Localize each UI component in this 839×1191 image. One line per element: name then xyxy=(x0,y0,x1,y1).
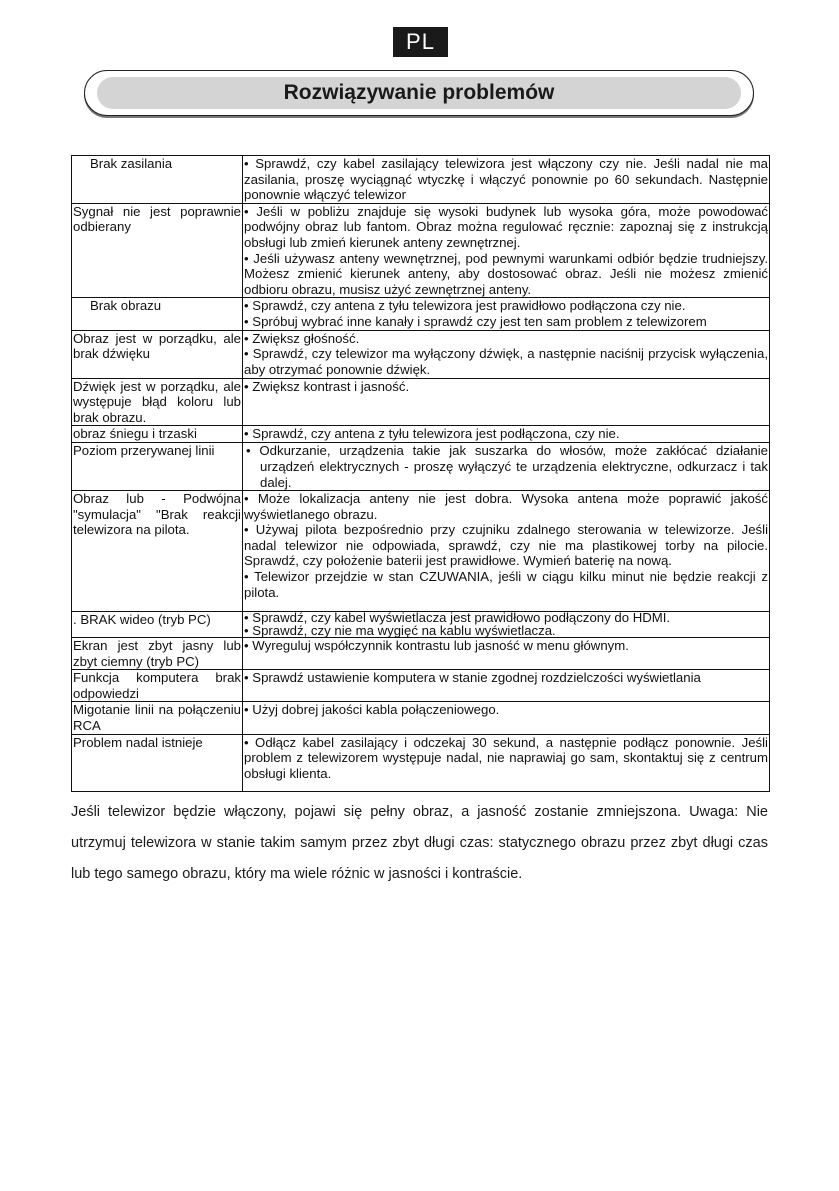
solution-item: • Sprawdź, czy telewizor ma wyłączony dź… xyxy=(244,346,768,377)
table-row: Poziom przerywanej linii • Odkurzanie, u… xyxy=(72,443,770,491)
table-row: Sygnał nie jest poprawnie odbierany • Je… xyxy=(72,203,770,298)
solution-item: • Sprawdź, czy kabel zasilający telewizo… xyxy=(244,156,768,203)
troubleshooting-table: Brak zasilania • Sprawdź, czy kabel zasi… xyxy=(71,155,770,792)
problem-cell: Ekran jest zbyt jasny lub zbyt ciemny (t… xyxy=(72,638,243,670)
solution-item: • Jeśli w pobliżu znajduje się wysoki bu… xyxy=(244,204,768,251)
solution-cell: • Sprawdź, czy antena z tyłu telewizora … xyxy=(243,426,770,443)
table-row: Dźwięk jest w porządku, ale występuje bł… xyxy=(72,378,770,426)
solution-item: • Zwiększ kontrast i jasność. xyxy=(244,379,768,395)
solution-cell: • Sprawdź, czy kabel wyświetlacza jest p… xyxy=(243,612,770,638)
solution-cell: • Wyreguluj współczynnik kontrastu lub j… xyxy=(243,638,770,670)
solution-item: • Używaj pilota bezpośrednio przy czujni… xyxy=(244,522,768,569)
table-row: Obraz lub - Podwójna "symulacja" "Brak r… xyxy=(72,491,770,612)
table-row: Brak zasilania • Sprawdź, czy kabel zasi… xyxy=(72,156,770,204)
solution-item: • Sprawdź ustawienie komputera w stanie … xyxy=(244,670,768,686)
solution-cell: • Sprawdź, czy antena z tyłu telewizora … xyxy=(243,298,770,330)
table-row: Ekran jest zbyt jasny lub zbyt ciemny (t… xyxy=(72,638,770,670)
problem-cell: Problem nadal istnieje xyxy=(72,734,243,791)
problem-cell: Brak zasilania xyxy=(72,156,243,204)
problem-cell: . BRAK wideo (tryb PC) xyxy=(72,612,243,638)
solution-item: • Odkurzanie, urządzenia takie jak susza… xyxy=(244,443,768,490)
table-row: . BRAK wideo (tryb PC) • Sprawdź, czy ka… xyxy=(72,612,770,638)
solution-cell: • Może lokalizacja anteny nie jest dobra… xyxy=(243,491,770,612)
page-title: Rozwiązywanie problemów xyxy=(97,77,741,109)
title-banner: Rozwiązywanie problemów xyxy=(84,70,754,116)
solution-cell: • Zwiększ głośność. • Sprawdź, czy telew… xyxy=(243,330,770,378)
solution-cell: • Użyj dobrej jakości kabla połączeniowe… xyxy=(243,702,770,734)
solution-item: • Telewizor przejdzie w stan CZUWANIA, j… xyxy=(244,569,768,600)
solution-cell: • Odłącz kabel zasilający i odczekaj 30 … xyxy=(243,734,770,791)
solution-item: • Sprawdź, czy antena z tyłu telewizora … xyxy=(244,298,768,314)
solution-cell: • Odkurzanie, urządzenia takie jak susza… xyxy=(243,443,770,491)
problem-cell: Funkcja komputera brak odpowiedzi xyxy=(72,670,243,702)
solution-item: • Może lokalizacja anteny nie jest dobra… xyxy=(244,491,768,522)
solution-item: • Jeśli używasz anteny wewnętrznej, pod … xyxy=(244,251,768,298)
solution-cell: • Sprawdź, czy kabel zasilający telewizo… xyxy=(243,156,770,204)
table-row: Brak obrazu • Sprawdź, czy antena z tyłu… xyxy=(72,298,770,330)
solution-cell: • Zwiększ kontrast i jasność. xyxy=(243,378,770,426)
table-row: Funkcja komputera brak odpowiedzi • Spra… xyxy=(72,670,770,702)
problem-cell: Sygnał nie jest poprawnie odbierany xyxy=(72,203,243,298)
problem-cell: Obraz lub - Podwójna "symulacja" "Brak r… xyxy=(72,491,243,612)
problem-cell: Poziom przerywanej linii xyxy=(72,443,243,491)
problem-cell: Brak obrazu xyxy=(72,298,243,330)
table-row: Obraz jest w porządku, ale brak dźwięku … xyxy=(72,330,770,378)
solution-item: • Zwiększ głośność. xyxy=(244,331,768,347)
solution-cell: • Sprawdź ustawienie komputera w stanie … xyxy=(243,670,770,702)
footer-note: Jeśli telewizor będzie włączony, pojawi … xyxy=(71,797,768,890)
solution-item: • Odłącz kabel zasilający i odczekaj 30 … xyxy=(244,735,768,782)
solution-item: • Spróbuj wybrać inne kanały i sprawdź c… xyxy=(244,314,768,330)
table-row: Migotanie linii na połączeniu RCA • Użyj… xyxy=(72,702,770,734)
solution-item: • Sprawdź, czy nie ma wygięć na kablu wy… xyxy=(244,625,768,638)
solution-item: • Sprawdź, czy antena z tyłu telewizora … xyxy=(244,426,768,442)
problem-cell: Dźwięk jest w porządku, ale występuje bł… xyxy=(72,378,243,426)
table-row: obraz śniegu i trzaski • Sprawdź, czy an… xyxy=(72,426,770,443)
problem-cell: Obraz jest w porządku, ale brak dźwięku xyxy=(72,330,243,378)
table-row: Problem nadal istnieje • Odłącz kabel za… xyxy=(72,734,770,791)
problem-cell: Migotanie linii na połączeniu RCA xyxy=(72,702,243,734)
solution-cell: • Jeśli w pobliżu znajduje się wysoki bu… xyxy=(243,203,770,298)
language-badge: PL xyxy=(393,27,448,57)
solution-item: • Wyreguluj współczynnik kontrastu lub j… xyxy=(244,638,768,654)
problem-cell: obraz śniegu i trzaski xyxy=(72,426,243,443)
solution-item: • Użyj dobrej jakości kabla połączeniowe… xyxy=(244,702,768,718)
